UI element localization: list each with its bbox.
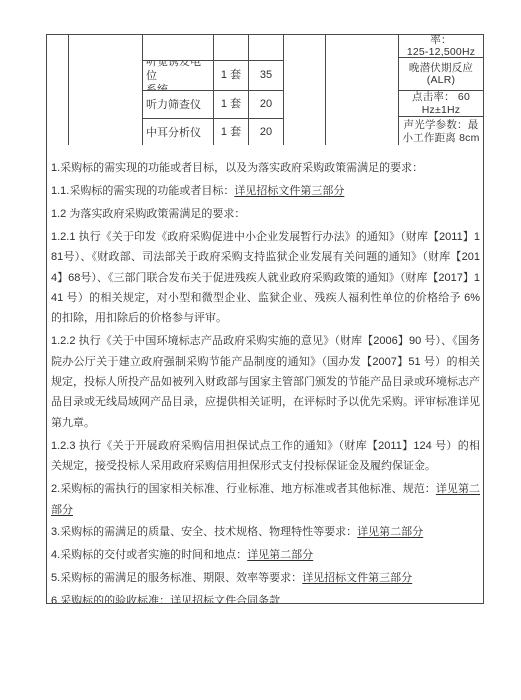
paragraph-text: 2.采购标的需执行的国家相关标准、行业标准、地方标准或者其他标准、规范： — [51, 483, 436, 495]
paragraph-text: 3.采购标的需满足的质量、安全、技术规格、物理特性等要求： — [51, 526, 357, 538]
spec-cell: 晚潜伏期反应 (ALR) — [399, 58, 483, 91]
score-cell — [249, 35, 283, 61]
requirement-paragraph: 2.采购标的需执行的国家相关标准、行业标准、地方标准或者其他标准、规范：详见第二… — [51, 479, 480, 520]
equipment-name-cell: 听觉诱发电位 系统 — [143, 61, 213, 91]
score-cell: 35 — [249, 61, 283, 91]
score-cell: 20 — [249, 119, 283, 146]
paragraph-text: 1.采购标的需实现的功能或者目标，以及为落实政府采购政策需满足的要求： — [51, 162, 423, 174]
paragraph-text: 6.采购标的的验收标准： — [51, 595, 170, 604]
paragraph-text: 1.2.3 执行《关于开展政府采购信用担保试点工作的通知》（财库【2011】12… — [51, 440, 480, 472]
requirement-paragraph: 6.采购标的的验收标准：详见招标文件合同条款 — [51, 591, 480, 604]
paragraph-text: 1.2 为落实政府采购政策需满足的要求： — [51, 208, 245, 220]
requirement-paragraph: 1.2.1 执行《关于印发《政府采购促进中小企业发展暂行办法》的通知》（财库【2… — [51, 227, 480, 329]
quantity-cell — [214, 35, 248, 61]
score-cell: 20 — [249, 91, 283, 119]
document-page: 听觉诱发电位 系统听力筛查仪中耳分析仪 1 套1 套1 套 352020 率： … — [0, 0, 521, 700]
reference-link-text: 详见第二部分 — [357, 526, 423, 538]
spec-cell: 声光学参数：最 小工作距离 8cm — [399, 117, 483, 146]
equipment-table: 听觉诱发电位 系统听力筛查仪中耳分析仪 1 套1 套1 套 352020 率： … — [46, 34, 484, 146]
quantity-cell: 1 套 — [214, 61, 248, 91]
quantity-cell: 1 套 — [214, 119, 248, 146]
score-column: 352020 — [249, 35, 284, 145]
requirement-paragraph: 5.采购标的需满足的服务标准、期限、效率等要求：详见招标文件第三部分 — [51, 568, 480, 588]
requirement-paragraph: 1.1.采购标的需实现的功能或者目标：详见招标文件第三部分 — [51, 181, 480, 201]
requirement-paragraph: 1.2.2 执行《关于中国环境标志产品政府采购实施的意见》（财库【2006】90… — [51, 331, 480, 433]
spec-cell: 点击率： 60 Hz±1Hz — [399, 91, 483, 117]
requirements-section: 1.采购标的需实现的功能或者目标，以及为落实政府采购政策需满足的要求：1.1.采… — [46, 145, 484, 604]
requirement-paragraph: 3.采购标的需满足的质量、安全、技术规格、物理特性等要求：详见第二部分 — [51, 522, 480, 542]
empty-column-4 — [326, 35, 399, 145]
quantity-cell: 1 套 — [214, 91, 248, 119]
equipment-name-cell — [143, 35, 213, 61]
requirement-paragraph: 1.采购标的需实现的功能或者目标，以及为落实政府采购政策需满足的要求： — [51, 158, 480, 178]
paragraph-text: 5.采购标的需满足的服务标准、期限、效率等要求： — [51, 572, 302, 584]
spec-cell: 率： 125-12,500Hz — [399, 35, 483, 58]
reference-link-text: 详见第二部分 — [247, 549, 313, 561]
empty-column-3 — [284, 35, 326, 145]
reference-link-text: 详见招标文件第三部分 — [302, 572, 412, 584]
equipment-name-cell: 中耳分析仪 — [143, 119, 213, 146]
paragraph-text: 1.2.1 执行《关于印发《政府采购促进中小企业发展暂行办法》的通知》（财库【2… — [51, 231, 480, 325]
requirement-paragraph: 1.2 为落实政府采购政策需满足的要求： — [51, 204, 480, 224]
reference-link-text: 详见招标文件第三部分 — [234, 185, 344, 197]
equipment-name-column: 听觉诱发电位 系统听力筛查仪中耳分析仪 — [143, 35, 214, 145]
reference-link-text: 详见招标文件合同条款 — [170, 595, 280, 604]
empty-column-2 — [69, 35, 143, 145]
spec-column: 率： 125-12,500Hz晚潜伏期反应 (ALR)点击率： 60 Hz±1H… — [399, 35, 483, 145]
paragraph-text: 1.2.2 执行《关于中国环境标志产品政府采购实施的意见》（财库【2006】90… — [51, 335, 480, 429]
paragraph-text: 4.采购标的交付或者实施的时间和地点： — [51, 549, 247, 561]
requirement-paragraph: 4.采购标的交付或者实施的时间和地点：详见第二部分 — [51, 545, 480, 565]
requirement-paragraph: 1.2.3 执行《关于开展政府采购信用担保试点工作的通知》（财库【2011】12… — [51, 436, 480, 477]
equipment-name-cell: 听力筛查仪 — [143, 91, 213, 119]
empty-column-1 — [47, 35, 69, 145]
paragraph-text: 1.1.采购标的需实现的功能或者目标： — [51, 185, 234, 197]
quantity-column: 1 套1 套1 套 — [214, 35, 249, 145]
